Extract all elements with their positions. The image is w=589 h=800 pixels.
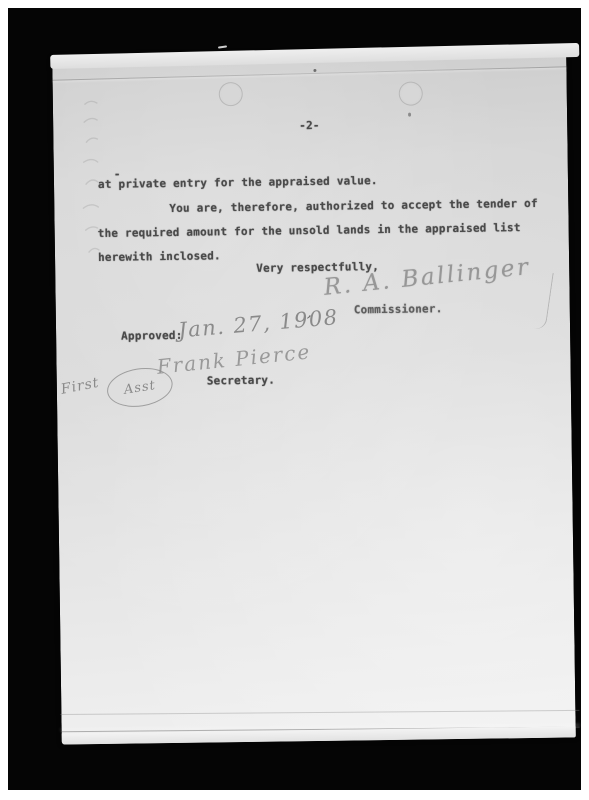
ink-speck (408, 113, 411, 117)
commissioner-title: Commissioner. (354, 302, 443, 316)
margin-note-first: First (60, 375, 101, 398)
stacked-pages-edge (60, 710, 579, 715)
secretary-signature: Frank Pierce (156, 339, 313, 379)
signature-flourish (535, 271, 554, 330)
body-line-1: at private entry for the appraised value… (98, 174, 378, 191)
punch-hole-left (219, 82, 243, 106)
punch-hole-right (397, 80, 424, 107)
page-top-crease (53, 66, 567, 80)
dust-speck (218, 45, 227, 48)
page-number: -2- (299, 119, 320, 132)
body-line-4: herewith inclosed. (98, 249, 221, 264)
margin-note-asst: Asst (123, 378, 157, 398)
secretary-title: Secretary. (207, 374, 275, 388)
approved-label: Approved: (121, 329, 183, 343)
scanned-letter-page: -2- - at private entry for the appraised… (52, 49, 576, 744)
body-line-3: the required amount for the unsold lands… (98, 221, 521, 240)
body-line-2: You are, therefore, authorized to accept… (169, 197, 538, 215)
ink-speck (313, 69, 316, 72)
approval-date-handwritten: Jan. 27, 1908 (177, 305, 339, 342)
